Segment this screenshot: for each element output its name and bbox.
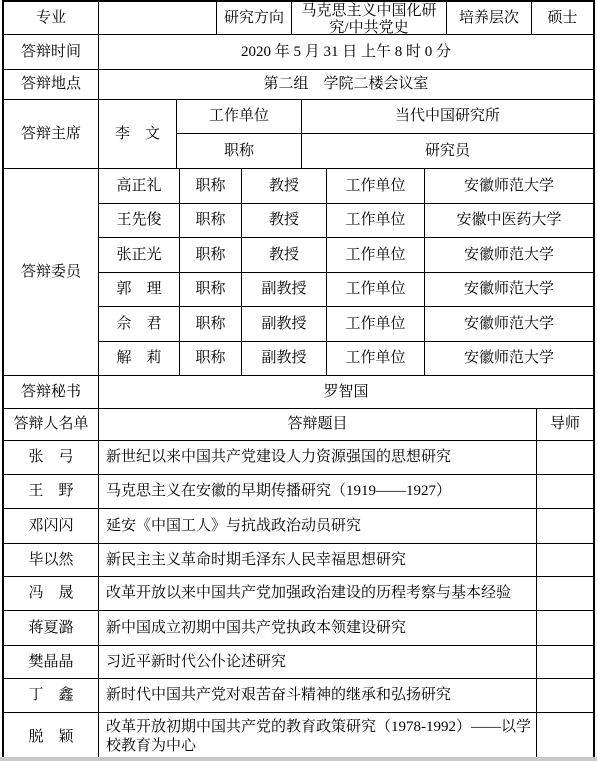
student-row: 毕以然 新民主主义革命时期毛泽东人民幸福思想研究 xyxy=(4,544,595,577)
major-label: 专业 xyxy=(4,2,99,35)
committee-member-row: 佘 君 职称 副教授 工作单位 安徽师范大学 xyxy=(99,307,595,342)
chair-block: 答辩主席 李 文 工作单位 当代中国研究所 职称 研究员 xyxy=(4,100,595,169)
student-row: 王 野 马克思主义在安徽的早期传播研究（1919——1927） xyxy=(4,475,595,509)
committee-member-row: 高正礼 职称 教授 工作单位 安徽师范大学 xyxy=(99,169,595,204)
student-row: 冯 晟 改革开放以来中国共产党加强政治建设的历程考察与基本经验 xyxy=(4,577,595,611)
place-value: 第二组 学院二楼会议室 xyxy=(99,70,595,100)
student-topic: 新中国成立初期中国共产党执政本领建设研究 xyxy=(99,611,537,646)
committee-member-row: 张正光 职称 教授 工作单位 安徽师范大学 xyxy=(99,238,595,273)
level-label: 培养层次 xyxy=(447,2,532,35)
student-advisor xyxy=(537,713,595,757)
member-title-value: 副教授 xyxy=(242,307,327,342)
major-value xyxy=(99,2,217,35)
member-title-label: 职称 xyxy=(180,307,242,342)
chair-title-label: 职称 xyxy=(177,134,302,169)
committee-member-row: 王先俊 职称 教授 工作单位 安徽中医药大学 xyxy=(99,204,595,238)
member-unit-value: 安徽师范大学 xyxy=(425,238,595,273)
student-name: 冯 晟 xyxy=(4,577,99,611)
student-name: 毕以然 xyxy=(4,544,99,577)
chair-title-value: 研究员 xyxy=(302,134,595,169)
student-advisor xyxy=(537,646,595,679)
secretary-row: 答辩秘书 罗智国 xyxy=(4,376,595,409)
member-name: 张正光 xyxy=(99,238,180,273)
member-unit-label: 工作单位 xyxy=(327,238,425,273)
student-topic: 改革开放初期中国共产党的教育政策研究（1978-1992）——以学校教育为中心 xyxy=(99,713,537,757)
level-value: 硕士 xyxy=(532,2,595,35)
chair-unit-label: 工作单位 xyxy=(177,100,302,134)
member-title-value: 副教授 xyxy=(242,273,327,307)
chair-title-row: 职称 研究员 xyxy=(177,134,595,169)
chair-unit-row: 工作单位 当代中国研究所 xyxy=(177,100,595,134)
place-row: 答辩地点 第二组 学院二楼会议室 xyxy=(4,70,595,100)
member-title-label: 职称 xyxy=(180,342,242,376)
member-unit-label: 工作单位 xyxy=(327,169,425,204)
chair-attrs: 工作单位 当代中国研究所 职称 研究员 xyxy=(177,100,595,169)
member-title-label: 职称 xyxy=(180,169,242,204)
member-title-value: 教授 xyxy=(242,238,327,273)
list-topic-label: 答辩题目 xyxy=(99,409,537,441)
student-name: 王 野 xyxy=(4,475,99,509)
student-name: 蒋夏潞 xyxy=(4,611,99,646)
student-row: 邓闪闪 延安《中国工人》与抗战政治动员研究 xyxy=(4,509,595,544)
student-row: 丁 鑫 新时代中国共产党对艰苦奋斗精神的继承和弘扬研究 xyxy=(4,679,595,713)
student-advisor xyxy=(537,475,595,509)
student-topic: 新世纪以来中国共产党建设人力资源强国的思想研究 xyxy=(99,441,537,475)
student-advisor xyxy=(537,544,595,577)
member-unit-label: 工作单位 xyxy=(327,342,425,376)
student-topic: 新民主主义革命时期毛泽东人民幸福思想研究 xyxy=(99,544,537,577)
member-unit-value: 安徽师范大学 xyxy=(425,342,595,376)
chair-label: 答辩主席 xyxy=(4,100,99,169)
screenshot-bottom-strip xyxy=(0,757,597,761)
student-topic: 新时代中国共产党对艰苦奋斗精神的继承和弘扬研究 xyxy=(99,679,537,713)
list-header-row: 答辩人名单 答辩题目 导师 xyxy=(4,409,595,441)
direction-value: 马克思主义中国化研究/中共党史 xyxy=(292,2,447,35)
student-topic: 习近平新时代公仆论述研究 xyxy=(99,646,537,679)
time-row: 答辩时间 2020 年 5 月 31 日 上午 8 时 0 分 xyxy=(4,35,595,70)
member-name: 佘 君 xyxy=(99,307,180,342)
chair-unit-value: 当代中国研究所 xyxy=(302,100,595,134)
committee-rows: 高正礼 职称 教授 工作单位 安徽师范大学 王先俊 职称 教授 工作单位 安徽中… xyxy=(99,169,595,376)
member-unit-label: 工作单位 xyxy=(327,307,425,342)
committee-label: 答辩委员 xyxy=(4,169,99,376)
committee-member-row: 解 莉 职称 副教授 工作单位 安徽师范大学 xyxy=(99,342,595,376)
member-title-value: 教授 xyxy=(242,169,327,204)
student-topic: 延安《中国工人》与抗战政治动员研究 xyxy=(99,509,537,544)
student-row: 脱 颖 改革开放初期中国共产党的教育政策研究（1978-1992）——以学校教育… xyxy=(4,713,595,757)
member-unit-value: 安徽中医药大学 xyxy=(425,204,595,238)
member-title-label: 职称 xyxy=(180,204,242,238)
student-topic: 改革开放以来中国共产党加强政治建设的历程考察与基本经验 xyxy=(99,577,537,611)
member-title-value: 副教授 xyxy=(242,342,327,376)
member-name: 王先俊 xyxy=(99,204,180,238)
member-name: 解 莉 xyxy=(99,342,180,376)
student-advisor xyxy=(537,611,595,646)
secretary-label: 答辩秘书 xyxy=(4,376,99,409)
member-name: 高正礼 xyxy=(99,169,180,204)
member-unit-label: 工作单位 xyxy=(327,273,425,307)
member-unit-value: 安徽师范大学 xyxy=(425,307,595,342)
student-advisor xyxy=(537,441,595,475)
student-advisor xyxy=(537,577,595,611)
student-advisor xyxy=(537,509,595,544)
student-topic: 马克思主义在安徽的早期传播研究（1919——1927） xyxy=(99,475,537,509)
defense-schedule-table: 专业 研究方向 马克思主义中国化研究/中共党史 培养层次 硕士 答辩时间 202… xyxy=(2,0,595,757)
secretary-value: 罗智国 xyxy=(99,376,595,409)
member-name: 郭 理 xyxy=(99,273,180,307)
student-row: 张 弓 新世纪以来中国共产党建设人力资源强国的思想研究 xyxy=(4,441,595,475)
place-label: 答辩地点 xyxy=(4,70,99,100)
student-name: 张 弓 xyxy=(4,441,99,475)
list-name-label: 答辩人名单 xyxy=(4,409,99,441)
chair-name: 李 文 xyxy=(99,100,177,169)
committee-block: 答辩委员 高正礼 职称 教授 工作单位 安徽师范大学 王先俊 职称 教授 工作单… xyxy=(4,169,595,376)
member-title-label: 职称 xyxy=(180,273,242,307)
member-unit-value: 安徽师范大学 xyxy=(425,169,595,204)
time-value: 2020 年 5 月 31 日 上午 8 时 0 分 xyxy=(99,35,595,70)
student-name: 脱 颖 xyxy=(4,713,99,757)
student-name: 樊晶晶 xyxy=(4,646,99,679)
member-unit-value: 安徽师范大学 xyxy=(425,273,595,307)
student-advisor xyxy=(537,679,595,713)
student-name: 邓闪闪 xyxy=(4,509,99,544)
member-title-value: 教授 xyxy=(242,204,327,238)
member-unit-label: 工作单位 xyxy=(327,204,425,238)
student-row: 蒋夏潞 新中国成立初期中国共产党执政本领建设研究 xyxy=(4,611,595,646)
committee-member-row: 郭 理 职称 副教授 工作单位 安徽师范大学 xyxy=(99,273,595,307)
student-name: 丁 鑫 xyxy=(4,679,99,713)
member-title-label: 职称 xyxy=(180,238,242,273)
list-advisor-label: 导师 xyxy=(537,409,595,441)
student-row: 樊晶晶 习近平新时代公仆论述研究 xyxy=(4,646,595,679)
direction-label: 研究方向 xyxy=(217,2,292,35)
time-label: 答辩时间 xyxy=(4,35,99,70)
header-row: 专业 研究方向 马克思主义中国化研究/中共党史 培养层次 硕士 xyxy=(4,2,595,35)
document-page: { "table": { "header_row": { "major_labe… xyxy=(0,0,597,761)
